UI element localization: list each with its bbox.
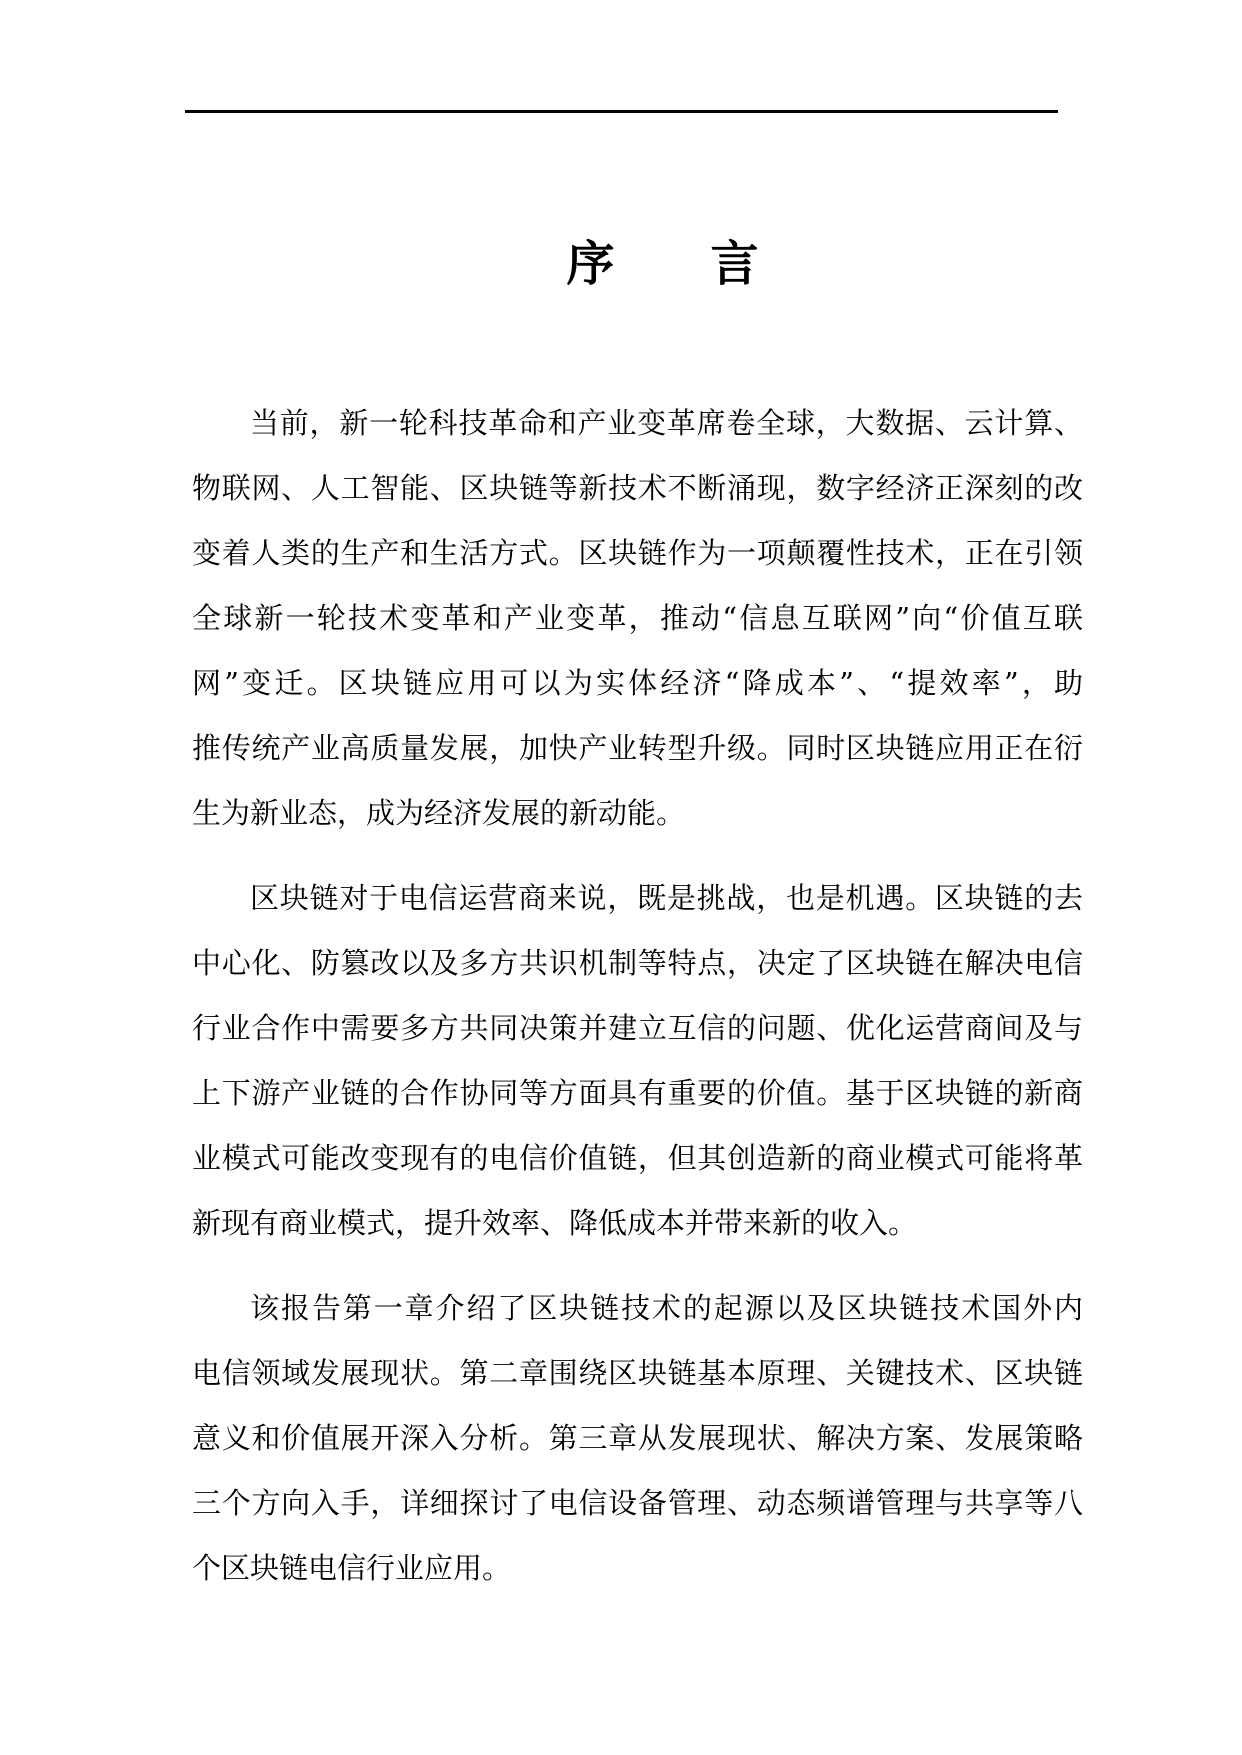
text-line: 生为新业态，成为经济发展的新动能。 [192,781,1083,846]
text-line: 区块链对于电信运营商来说，既是挑战，也是机遇。区块链的去 [192,866,1083,931]
text-line: 网”变迁。区块链应用可以为实体经济“降成本”、“提效率”，助 [192,651,1083,716]
text-line: 全球新一轮技术变革和产业变革，推动“信息互联网”向“价值互联 [192,586,1083,651]
paragraph-telecom-value: 区块链对于电信运营商来说，既是挑战，也是机遇。区块链的去 中心化、防篡改以及多方… [192,866,1083,1256]
text-line: 该报告第一章介绍了区块链技术的起源以及区块链技术国外内 [192,1276,1083,1341]
header-rule [185,110,1058,113]
text-line: 物联网、人工智能、区块链等新技术不断涌现，数字经济正深刻的改 [192,456,1083,521]
text-line: 新现有商业模式，提升效率、降低成本并带来新的收入。 [192,1191,1083,1256]
text-line: 上下游产业链的合作协同等方面具有重要的价值。基于区块链的新商 [192,1061,1083,1126]
paragraph-intro: 当前，新一轮科技革命和产业变革席卷全球，大数据、云计算、 物联网、人工智能、区块… [192,391,1083,846]
text-line: 三个方向入手，详细探讨了电信设备管理、动态频谱管理与共享等八 [192,1471,1083,1536]
paragraph-report-overview: 该报告第一章介绍了区块链技术的起源以及区块链技术国外内 电信领域发展现状。第二章… [192,1276,1083,1601]
document-page: 序 言 当前，新一轮科技革命和产业变革席卷全球，大数据、云计算、 物联网、人工智… [0,0,1242,1755]
text-line: 业模式可能改变现有的电信价值链，但其创造新的商业模式可能将革 [192,1126,1083,1191]
text-line: 当前，新一轮科技革命和产业变革席卷全球，大数据、云计算、 [192,391,1083,456]
text-line: 行业合作中需要多方共同决策并建立互信的问题、优化运营商间及与 [192,996,1083,1061]
text-line: 变着人类的生产和生活方式。区块链作为一项颠覆性技术，正在引领 [192,521,1083,586]
text-line: 电信领域发展现状。第二章围绕区块链基本原理、关键技术、区块链 [192,1341,1083,1406]
body-content: 当前，新一轮科技革命和产业变革席卷全球，大数据、云计算、 物联网、人工智能、区块… [192,391,1083,1601]
text-line: 个区块链电信行业应用。 [192,1536,1083,1601]
text-line: 中心化、防篡改以及多方共识机制等特点，决定了区块链在解决电信 [192,931,1083,996]
text-line: 意义和价值展开深入分析。第三章从发展现状、解决方案、发展策略 [192,1406,1083,1471]
text-line: 推传统产业高质量发展，加快产业转型升级。同时区块链应用正在衍 [192,716,1083,781]
page-title: 序 言 [217,220,1108,310]
